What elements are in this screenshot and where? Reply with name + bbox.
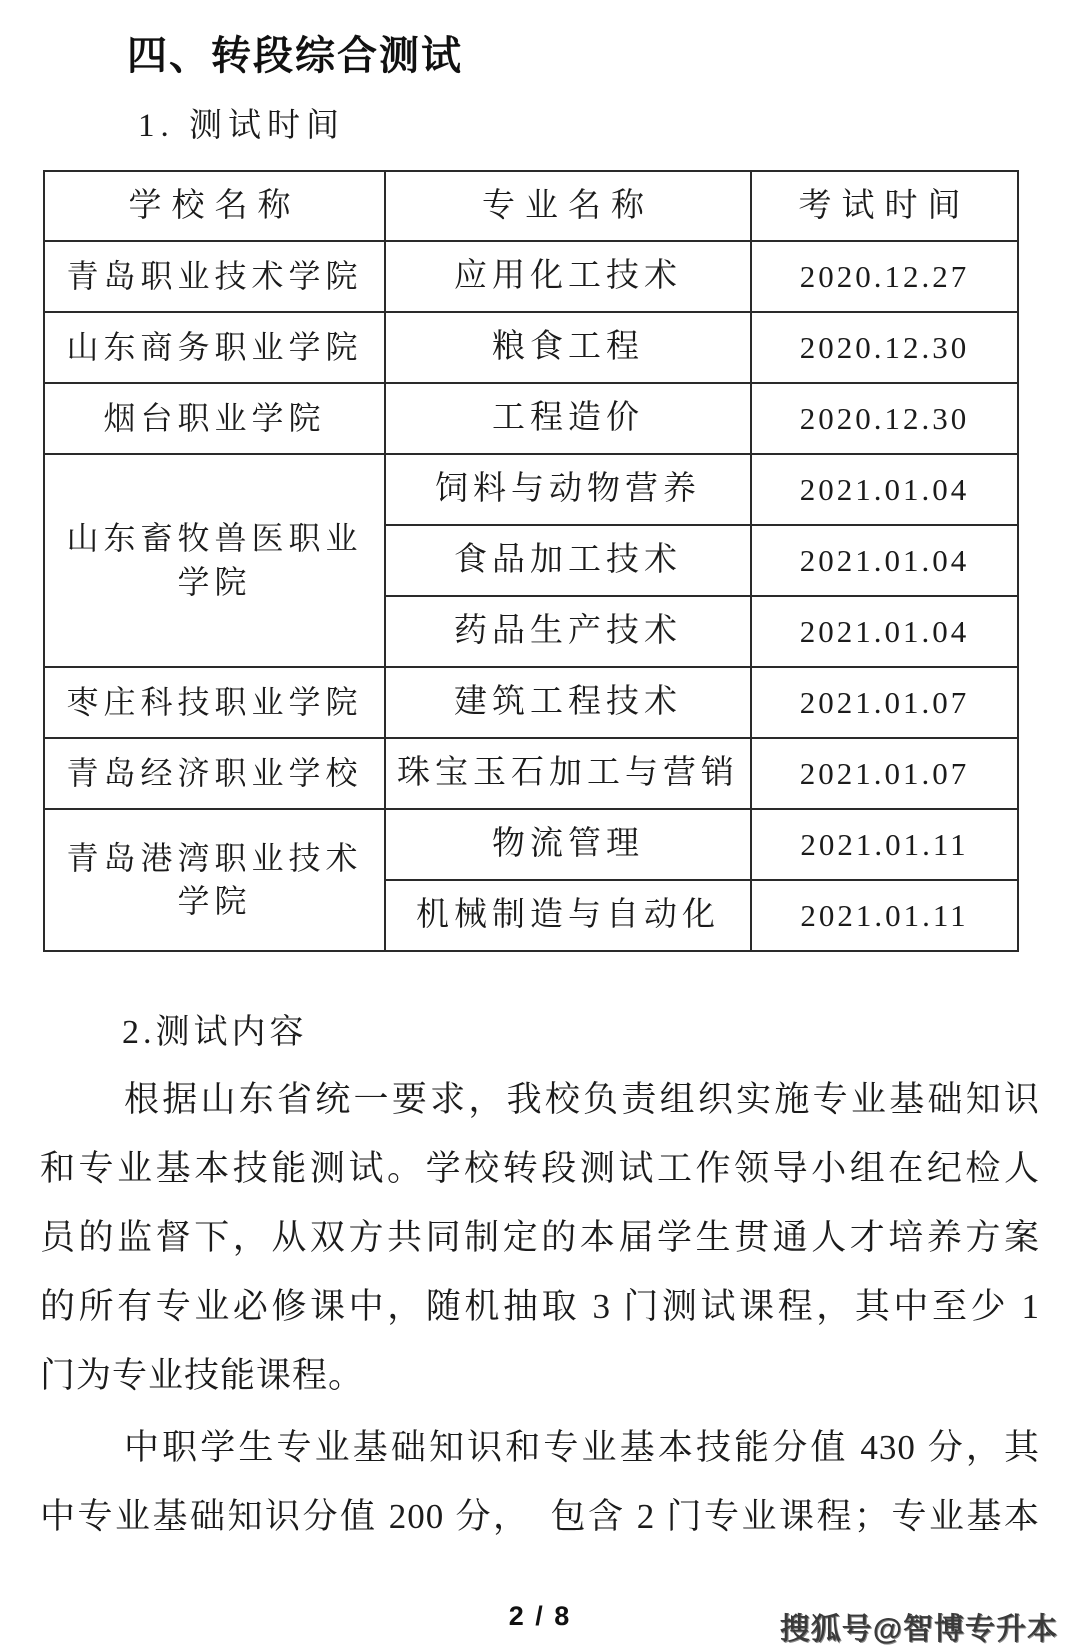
test-schedule-table: 学校名称 专业名称 考试时间 青岛职业技术学院 应用化工技术 2020.12.2…: [43, 170, 1019, 952]
paragraph-test-content: 根据山东省统一要求，我校负责组织实施专业基础知识 和专业基本技能测试。学校转段测…: [40, 1065, 1040, 1410]
table-row: 烟台职业学院 工程造价 2020.12.30: [44, 383, 1018, 454]
cell-date: 2021.01.04: [751, 596, 1018, 667]
section-heading: 四、转段综合测试: [127, 24, 463, 81]
cell-major: 应用化工技术: [385, 241, 751, 312]
header-school-name: 学校名称: [44, 171, 385, 241]
table-row: 山东畜牧兽医职业学院 饲料与动物营养 2021.01.04: [44, 454, 1018, 525]
cell-date: 2021.01.07: [751, 667, 1018, 738]
cell-major: 建筑工程技术: [385, 667, 751, 738]
cell-major: 珠宝玉石加工与营销: [385, 738, 751, 809]
cell-date: 2021.01.04: [751, 454, 1018, 525]
cell-school: 青岛职业技术学院: [44, 241, 385, 312]
table-row: 青岛港湾职业技术学院 物流管理 2021.01.11: [44, 809, 1018, 880]
subsection-2-label: 2.测试内容: [122, 1004, 308, 1053]
cell-major: 食品加工技术: [385, 525, 751, 596]
cell-date: 2020.12.30: [751, 312, 1018, 383]
cell-major: 药品生产技术: [385, 596, 751, 667]
cell-school: 烟台职业学院: [44, 383, 385, 454]
header-major-name: 专业名称: [385, 171, 751, 241]
document-page: 四、转段综合测试 1. 测试时间 学校名称 专业名称 考试时间 青岛职业技术学院…: [0, 0, 1080, 1648]
cell-date: 2021.01.04: [751, 525, 1018, 596]
paragraph-line: 中职学生专业基础知识和专业基本技能分值 430 分，其: [40, 1413, 1040, 1482]
paragraph-line: 门为专业技能课程。: [40, 1341, 1040, 1410]
paragraph-line: 的所有专业必修课中，随机抽取 3 门测试课程，其中至少 1: [40, 1272, 1040, 1341]
table-row: 青岛职业技术学院 应用化工技术 2020.12.27: [44, 241, 1018, 312]
cell-major: 饲料与动物营养: [385, 454, 751, 525]
cell-school: 枣庄科技职业学院: [44, 667, 385, 738]
cell-date: 2021.01.11: [751, 880, 1018, 951]
watermark-text: 搜狐号@智博专升本: [780, 1604, 1058, 1648]
cell-major: 机械制造与自动化: [385, 880, 751, 951]
paragraph-line: 和专业基本技能测试。学校转段测试工作领导小组在纪检人: [40, 1134, 1040, 1203]
table-header-row: 学校名称 专业名称 考试时间: [44, 171, 1018, 241]
paragraph-line: 中专业基础知识分值 200 分， 包含 2 门专业课程；专业基本: [40, 1482, 1040, 1551]
paragraph-line: 员的监督下，从双方共同制定的本届学生贯通人才培养方案: [40, 1203, 1040, 1272]
cell-school-merged: 青岛港湾职业技术学院: [44, 809, 385, 951]
paragraph-line: 根据山东省统一要求，我校负责组织实施专业基础知识: [40, 1065, 1040, 1134]
cell-date: 2020.12.30: [751, 383, 1018, 454]
cell-date: 2020.12.27: [751, 241, 1018, 312]
cell-major: 物流管理: [385, 809, 751, 880]
cell-major: 粮食工程: [385, 312, 751, 383]
cell-date: 2021.01.07: [751, 738, 1018, 809]
table-row: 青岛经济职业学校 珠宝玉石加工与营销 2021.01.07: [44, 738, 1018, 809]
cell-school-merged: 山东畜牧兽医职业学院: [44, 454, 385, 667]
subsection-1-label: 1. 测试时间: [138, 99, 345, 146]
cell-date: 2021.01.11: [751, 809, 1018, 880]
table-row: 山东商务职业学院 粮食工程 2020.12.30: [44, 312, 1018, 383]
header-exam-time: 考试时间: [751, 171, 1018, 241]
paragraph-score-values: 中职学生专业基础知识和专业基本技能分值 430 分，其 中专业基础知识分值 20…: [40, 1413, 1040, 1551]
cell-school: 山东商务职业学院: [44, 312, 385, 383]
cell-school: 青岛经济职业学校: [44, 738, 385, 809]
cell-major: 工程造价: [385, 383, 751, 454]
table-row: 枣庄科技职业学院 建筑工程技术 2021.01.07: [44, 667, 1018, 738]
